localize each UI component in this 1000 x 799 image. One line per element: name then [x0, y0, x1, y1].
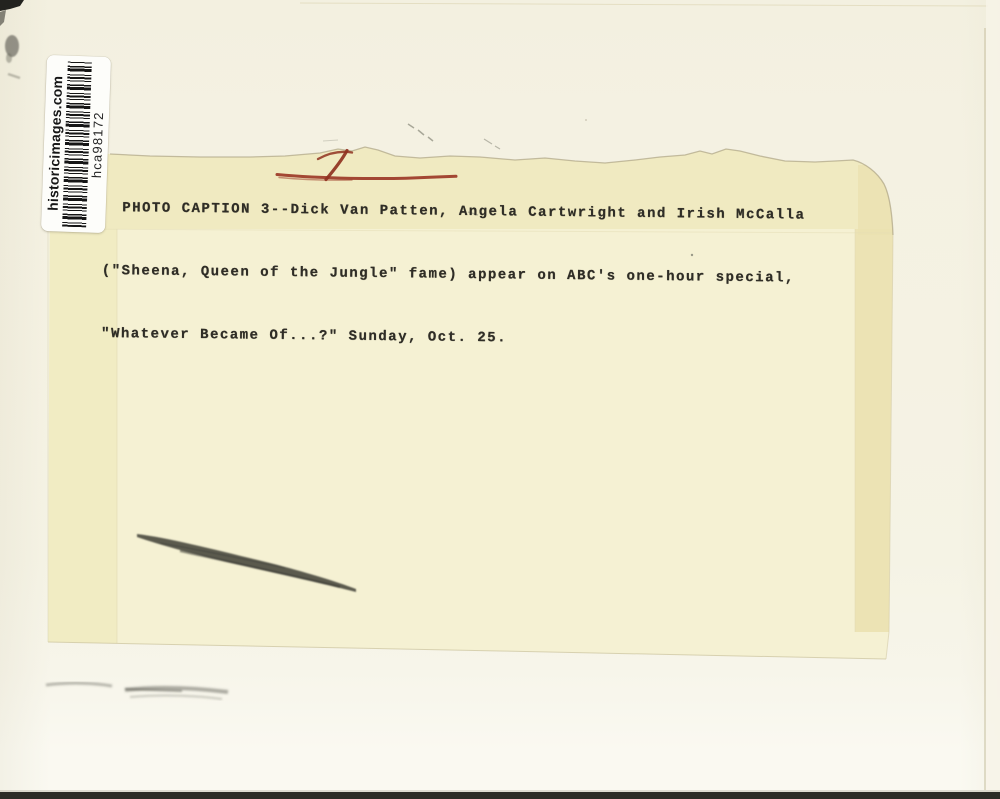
photo-back-scan: PHOTO CAPTION 3--Dick Van Patten, Angela… — [0, 0, 1000, 799]
caption-line-2: ("Sheena, Queen of the Jungle" fame) app… — [102, 261, 805, 290]
barcode-sticker: historicimages.com hca98172 — [41, 55, 111, 233]
scan-artifacts-layer — [0, 0, 1000, 799]
paper-speck — [585, 119, 587, 121]
pencil-smear-horizontal — [46, 683, 112, 686]
corner-tear-mark-top-left — [0, 0, 24, 11]
corner-tear-mark-top-left — [0, 10, 6, 26]
scan-margin-right — [986, 0, 1000, 799]
left-edge-smudge — [5, 35, 19, 57]
pencil-tick — [323, 140, 338, 141]
slip-corner-tape-overlap — [858, 165, 893, 235]
sticker-barcode — [62, 61, 92, 228]
scanner-edge-bottom — [0, 792, 1000, 799]
caption-block: PHOTO CAPTION 3--Dick Van Patten, Angela… — [101, 156, 806, 395]
pencil-dashes — [484, 139, 500, 149]
caption-line-1: PHOTO CAPTION 3--Dick Van Patten, Angela… — [102, 198, 805, 227]
sticker-code-text: hca98172 — [89, 111, 105, 178]
barcode-sticker-content: historicimages.com hca98172 — [41, 55, 111, 233]
paper-edge-top — [300, 3, 988, 6]
left-edge-smudge — [6, 53, 12, 63]
pencil-smear-horizontal — [130, 696, 222, 699]
left-edge-speck — [8, 74, 20, 78]
slip-right-tape-strip — [855, 229, 893, 632]
caption-line-3: "Whatever Became Of...?" Sunday, Oct. 25… — [101, 324, 804, 353]
pencil-dashes — [408, 124, 433, 141]
